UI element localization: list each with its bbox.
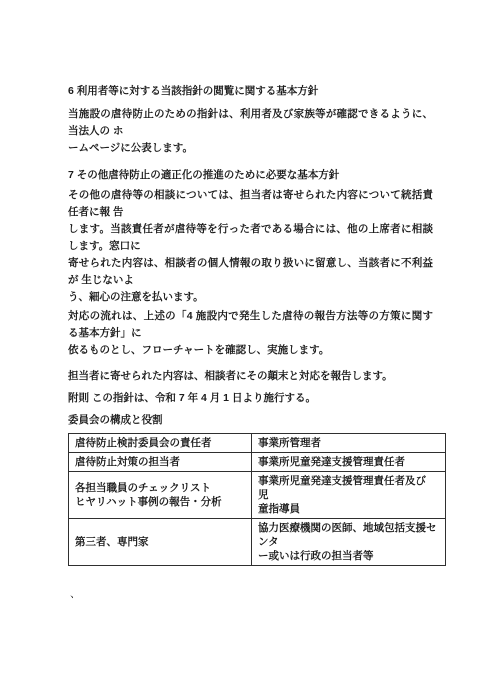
person-cell: 協力医療機関の医師、地域包括支援センタ ー或いは行政の担当者等 (252, 519, 446, 566)
person-cell: 事業所児童発達支援管理責任者 (252, 453, 446, 472)
heading-section-6: 6 利用者等に対する当該指針の閲覧に関する基本方針 (68, 83, 433, 100)
role-cell: 各担当職員のチェックリスト ヒヤリハット事例の報告・分析 (69, 472, 252, 519)
table-row: 虐待防止対策の担当者 事業所児童発達支援管理責任者 (69, 453, 446, 472)
role-cell: 虐待防止検討委員会の責任者 (69, 434, 252, 453)
paragraph-response-flow: 対応の流れは、上述の「4 施設内で発生した虐待の報告方法等の方策に関する基本方針… (68, 308, 433, 359)
person-cell: 事業所児童発達支援管理責任者及び 児 童指導員 (252, 472, 446, 519)
heading-section-7: 7 その他虐待防止の適正化の推進のために必要な基本方針 (68, 167, 433, 184)
document-page: 6 利用者等に対する当該指針の閲覧に関する基本方針 当施設の虐待防止のための指針… (0, 0, 495, 700)
document-content: 6 利用者等に対する当該指針の閲覧に関する基本方針 当施設の虐待防止のための指針… (68, 83, 433, 601)
supplementary-provision: 附則 この指針は、令和 7 年 4 月 1 日より施行する。 (68, 390, 433, 407)
paragraph-report-back: 担当者に寄せられた内容は、相談者にその顛末と対応を報告します。 (68, 368, 433, 385)
table-row: 第三者、専門家 協力医療機関の医師、地域包括支援センタ ー或いは行政の担当者等 (69, 519, 446, 566)
table-row: 虐待防止検討委員会の責任者 事業所管理者 (69, 434, 446, 453)
paragraph-consultation-handling: その他の虐待等の相談については、担当者は寄せられた内容について統括責任者に報 告… (68, 187, 433, 306)
committee-table: 虐待防止検討委員会の責任者 事業所管理者 虐待防止対策の担当者 事業所児童発達支… (68, 433, 446, 566)
paragraph-disclosure-policy: 当施設の虐待防止のための指針は、利用者及び家族等が確認できるように、当法人の ホ… (68, 106, 433, 157)
committee-table-title: 委員会の構成と役割 (68, 412, 433, 429)
person-cell: 事業所管理者 (252, 434, 446, 453)
table-row: 各担当職員のチェックリスト ヒヤリハット事例の報告・分析 事業所児童発達支援管理… (69, 472, 446, 519)
role-cell: 第三者、専門家 (69, 519, 252, 566)
role-cell: 虐待防止対策の担当者 (69, 453, 252, 472)
trailing-comma-mark: 、 (70, 587, 433, 601)
